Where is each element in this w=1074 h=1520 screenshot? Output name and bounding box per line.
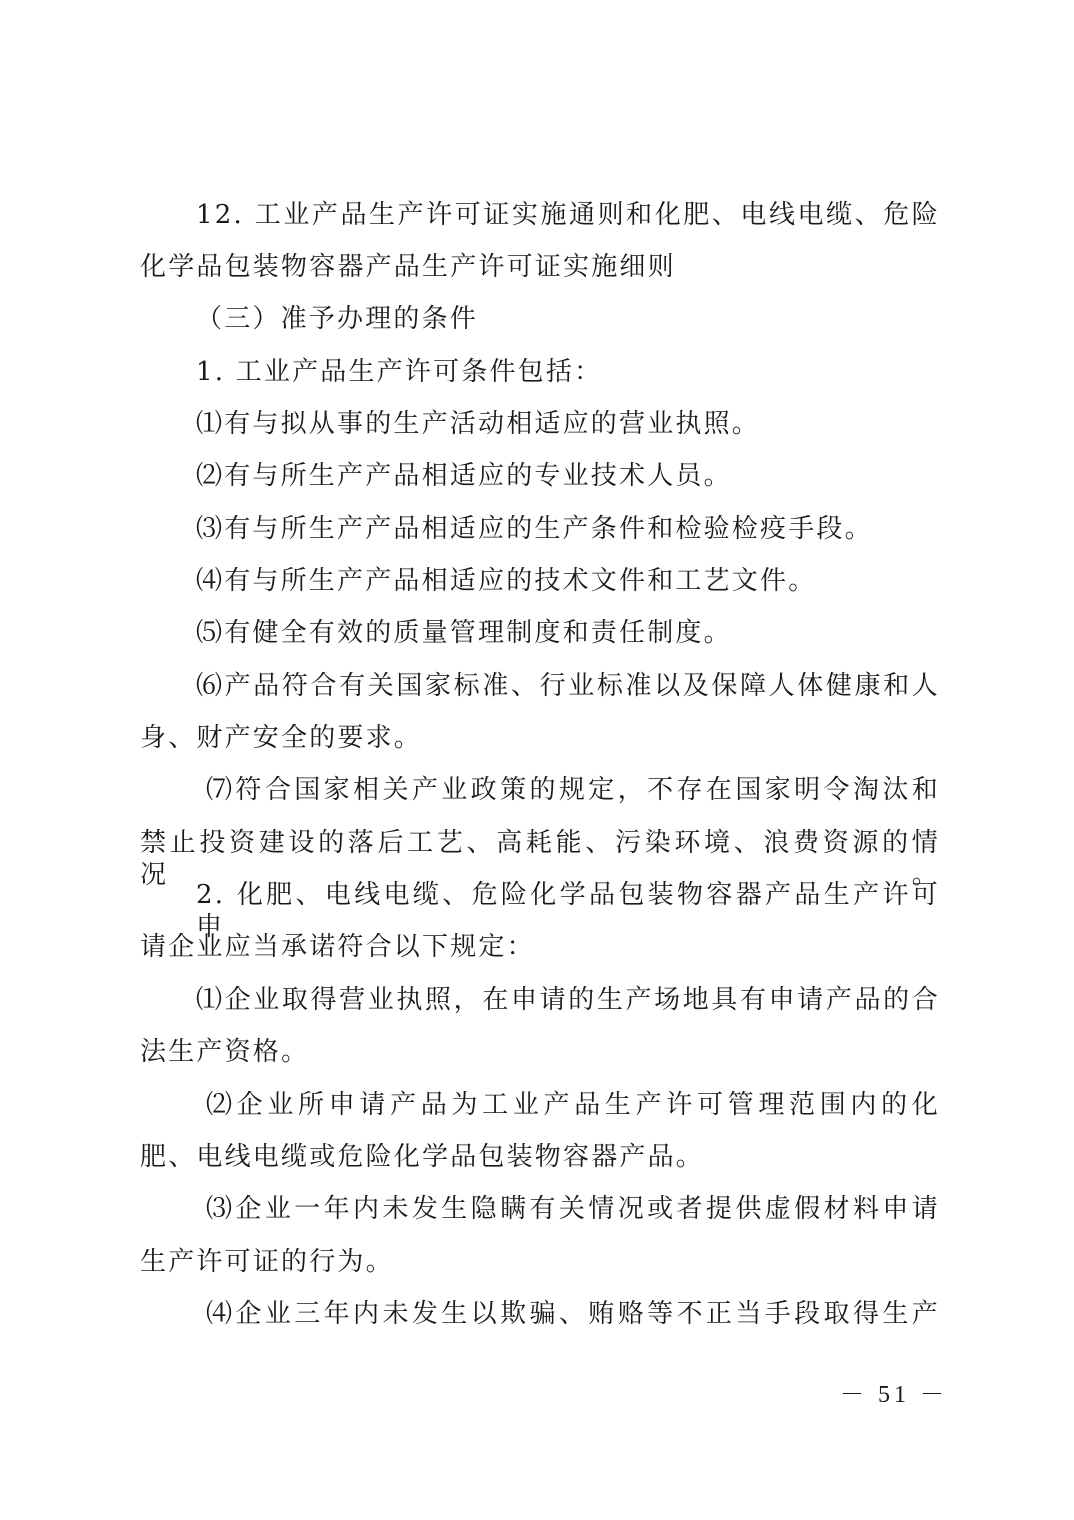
text-line: 法生产资格。 <box>140 1036 940 1068</box>
document-page: 12. 工业产品生产许可证实施通则和化肥、电线电缆、危险 化学品包装物容器产品生… <box>0 0 1074 1520</box>
list-item: ⑸有健全有效的质量管理制度和责任制度。 <box>196 617 940 649</box>
text-line: 1. 工业产品生产许可条件包括： <box>196 356 940 388</box>
text-line: 请企业应当承诺符合以下规定： <box>140 931 940 963</box>
list-item: ⑶企业一年内未发生隐瞒有关情况或者提供虚假材料申请 <box>206 1193 940 1225</box>
list-item: ⑺符合国家相关产业政策的规定，不存在国家明令淘汰和 <box>206 774 940 806</box>
section-heading: （三）准予办理的条件 <box>196 303 940 335</box>
text-line: 化学品包装物容器产品生产许可证实施细则 <box>140 251 940 283</box>
list-item: ⑴企业取得营业执照，在申请的生产场地具有申请产品的合 <box>196 984 940 1016</box>
list-item: ⑵企业所申请产品为工业产品生产许可管理范围内的化 <box>206 1089 940 1121</box>
text-line: 12. 工业产品生产许可证实施通则和化肥、电线电缆、危险 <box>196 199 940 231</box>
list-item: ⑷有与所生产产品相适应的技术文件和工艺文件。 <box>196 565 940 597</box>
text-line: 身、财产安全的要求。 <box>140 722 940 754</box>
list-item: ⑹产品符合有关国家标准、行业标准以及保障人体健康和人 <box>196 670 940 702</box>
list-item: ⑴有与拟从事的生产活动相适应的营业执照。 <box>196 408 940 440</box>
list-item: ⑷企业三年内未发生以欺骗、贿赂等不正当手段取得生产 <box>206 1298 940 1330</box>
page-number: － 51 － <box>840 1380 940 1410</box>
list-item: ⑶有与所生产产品相适应的生产条件和检验检疫手段。 <box>196 513 940 545</box>
list-item: ⑵有与所生产产品相适应的专业技术人员。 <box>196 460 940 492</box>
text-line: 肥、电线电缆或危险化学品包装物容器产品。 <box>140 1141 940 1173</box>
text-line: 生产许可证的行为。 <box>140 1246 940 1278</box>
